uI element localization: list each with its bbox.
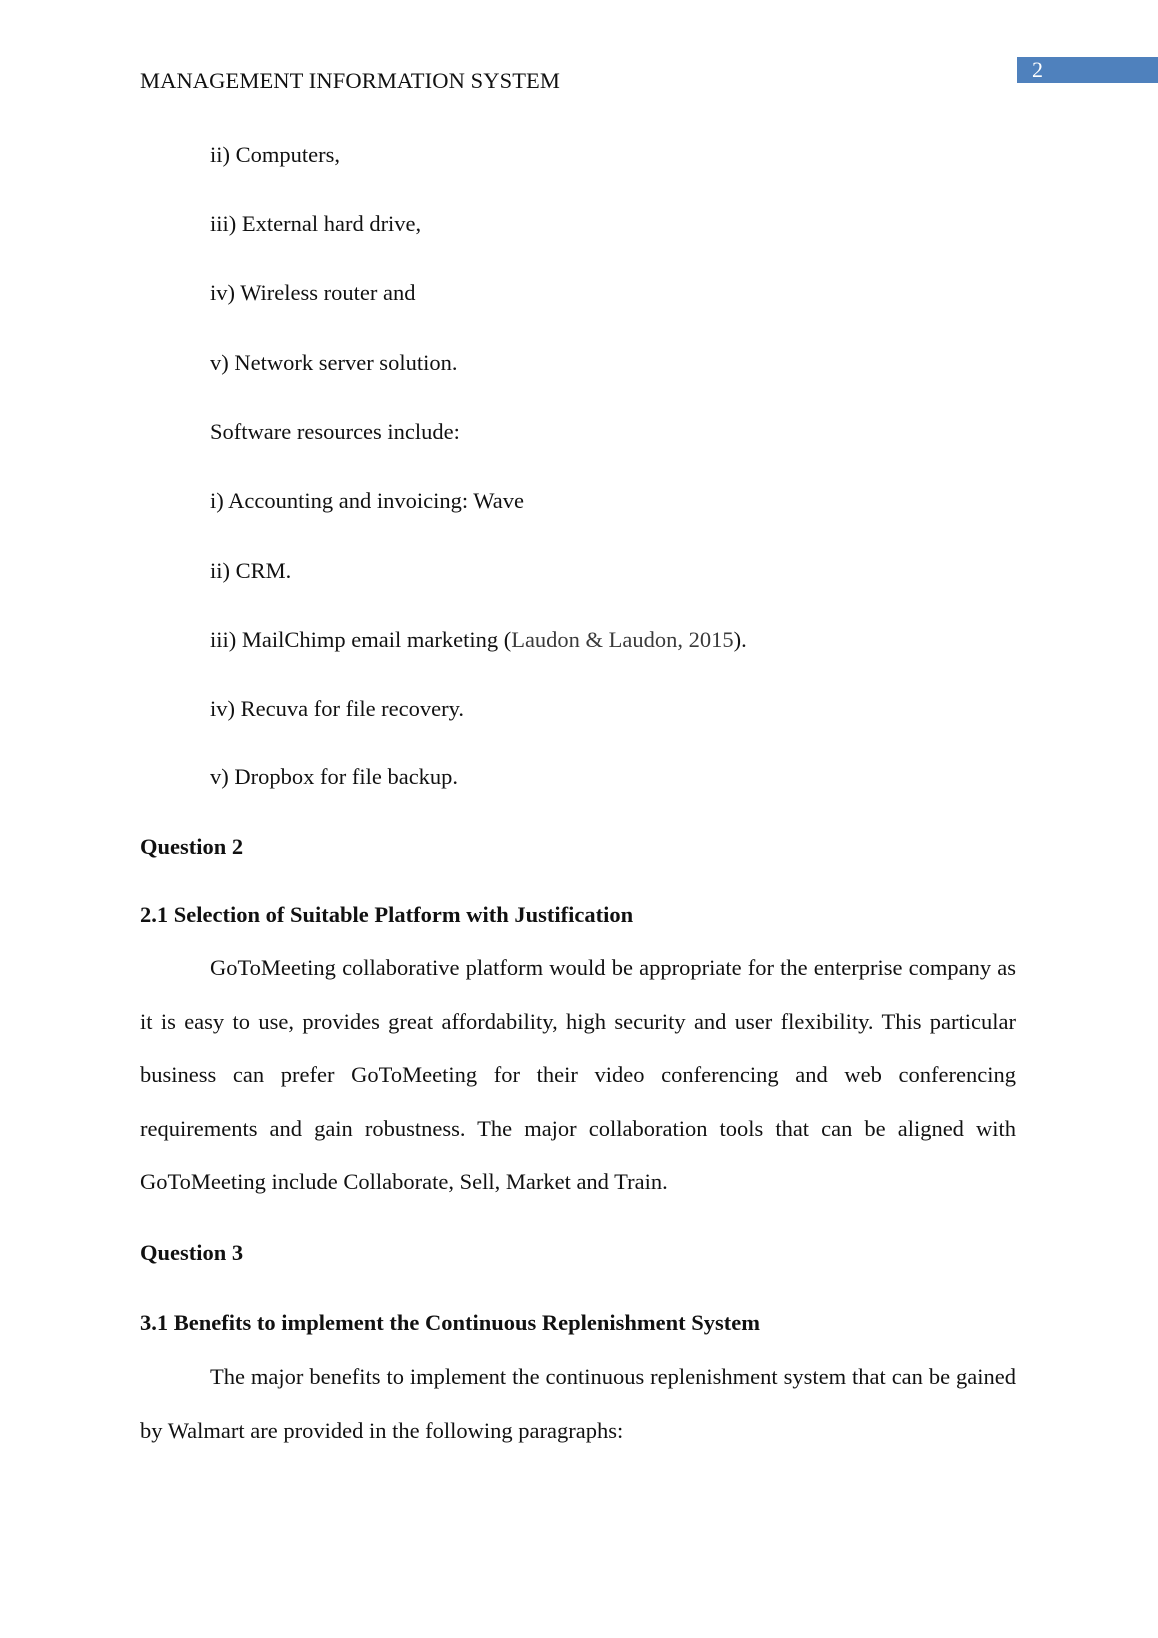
citation: Laudon & Laudon, 2015: [511, 627, 733, 652]
page-number-badge: 2: [1017, 57, 1158, 83]
software-list-item: i) Accounting and invoicing: Wave: [210, 488, 524, 514]
software-list-item: iv) Recuva for file recovery.: [210, 696, 464, 722]
section-2-1-heading: 2.1 Selection of Suitable Platform with …: [140, 902, 633, 928]
hardware-list-item: v) Network server solution.: [210, 350, 457, 376]
hardware-list-item: iv) Wireless router and: [210, 280, 416, 306]
hardware-list-item: ii) Computers,: [210, 142, 340, 168]
software-list-item: v) Dropbox for file backup.: [210, 764, 458, 790]
running-header: MANAGEMENT INFORMATION SYSTEM: [140, 68, 560, 94]
question-2-heading: Question 2: [140, 834, 243, 860]
section-2-1-paragraph: GoToMeeting collaborative platform would…: [140, 941, 1016, 1209]
list-item-text-end: ).: [734, 627, 747, 652]
software-list-item-with-citation: iii) MailChimp email marketing (Laudon &…: [210, 627, 747, 653]
software-list-item: ii) CRM.: [210, 558, 291, 584]
section-3-1-paragraph: The major benefits to implement the cont…: [140, 1350, 1016, 1457]
hardware-list-item: iii) External hard drive,: [210, 211, 421, 237]
question-3-heading: Question 3: [140, 1240, 243, 1266]
page-number: 2: [1032, 57, 1043, 83]
software-intro: Software resources include:: [210, 419, 460, 445]
list-item-text: iii) MailChimp email marketing (: [210, 627, 511, 652]
section-3-1-heading: 3.1 Benefits to implement the Continuous…: [140, 1310, 760, 1336]
